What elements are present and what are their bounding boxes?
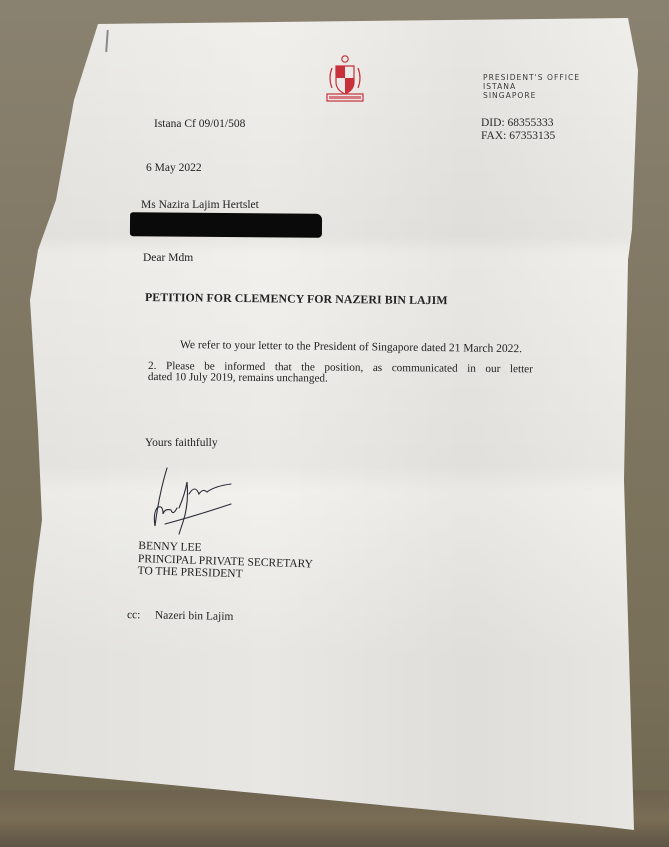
- letter-date: 6 May 2022: [146, 162, 202, 174]
- office-address: PRESIDENT'S OFFICE ISTANA SINGAPORE: [483, 73, 580, 100]
- reference-number: Istana Cf 09/01/508: [154, 118, 245, 130]
- signer-block: BENNY LEE PRINCIPAL PRIVATE SECRETARY TO…: [137, 540, 313, 583]
- word: communicated: [392, 363, 458, 375]
- letter-paper: PRESIDENT'S OFFICE ISTANA SINGAPORE DID:…: [0, 0, 669, 847]
- recipient-name: Ms Nazira Lajim Hertslet: [141, 199, 259, 211]
- cc-line: cc: Nazeri bin Lajim: [127, 609, 234, 623]
- redacted-address: [130, 212, 322, 238]
- paragraph-2-line-2: dated 10 July 2019, remains unchanged.: [148, 372, 538, 386]
- subject-line: PETITION FOR CLEMENCY FOR NAZERI BIN LAJ…: [145, 290, 448, 308]
- paragraph-1: We refer to your letter to the President…: [180, 339, 522, 355]
- staple-mark: [105, 30, 109, 52]
- cc-recipient: Nazeri bin Lajim: [155, 610, 234, 623]
- salutation: Dear Mdm: [143, 252, 193, 264]
- word: our: [485, 364, 500, 375]
- office-line: SINGAPORE: [483, 91, 580, 100]
- word: position,: [324, 363, 363, 374]
- did-number: DID: 68355333: [481, 117, 555, 130]
- cc-label: cc:: [127, 609, 152, 621]
- signature-icon: [145, 464, 237, 538]
- word: in: [467, 364, 476, 375]
- fax-number: FAX: 67353135: [481, 130, 555, 143]
- closing: Yours faithfully: [145, 437, 218, 449]
- coat-of-arms-icon: [322, 54, 368, 104]
- contact-numbers: DID: 68355333 FAX: 67353135: [481, 117, 555, 143]
- office-line: PRESIDENT'S OFFICE: [483, 73, 580, 82]
- word: letter: [510, 364, 533, 375]
- paragraph-2: 2. Pleasebeinformedthattheposition,ascom…: [148, 361, 538, 386]
- word: as: [373, 363, 382, 374]
- office-line: ISTANA: [483, 82, 580, 91]
